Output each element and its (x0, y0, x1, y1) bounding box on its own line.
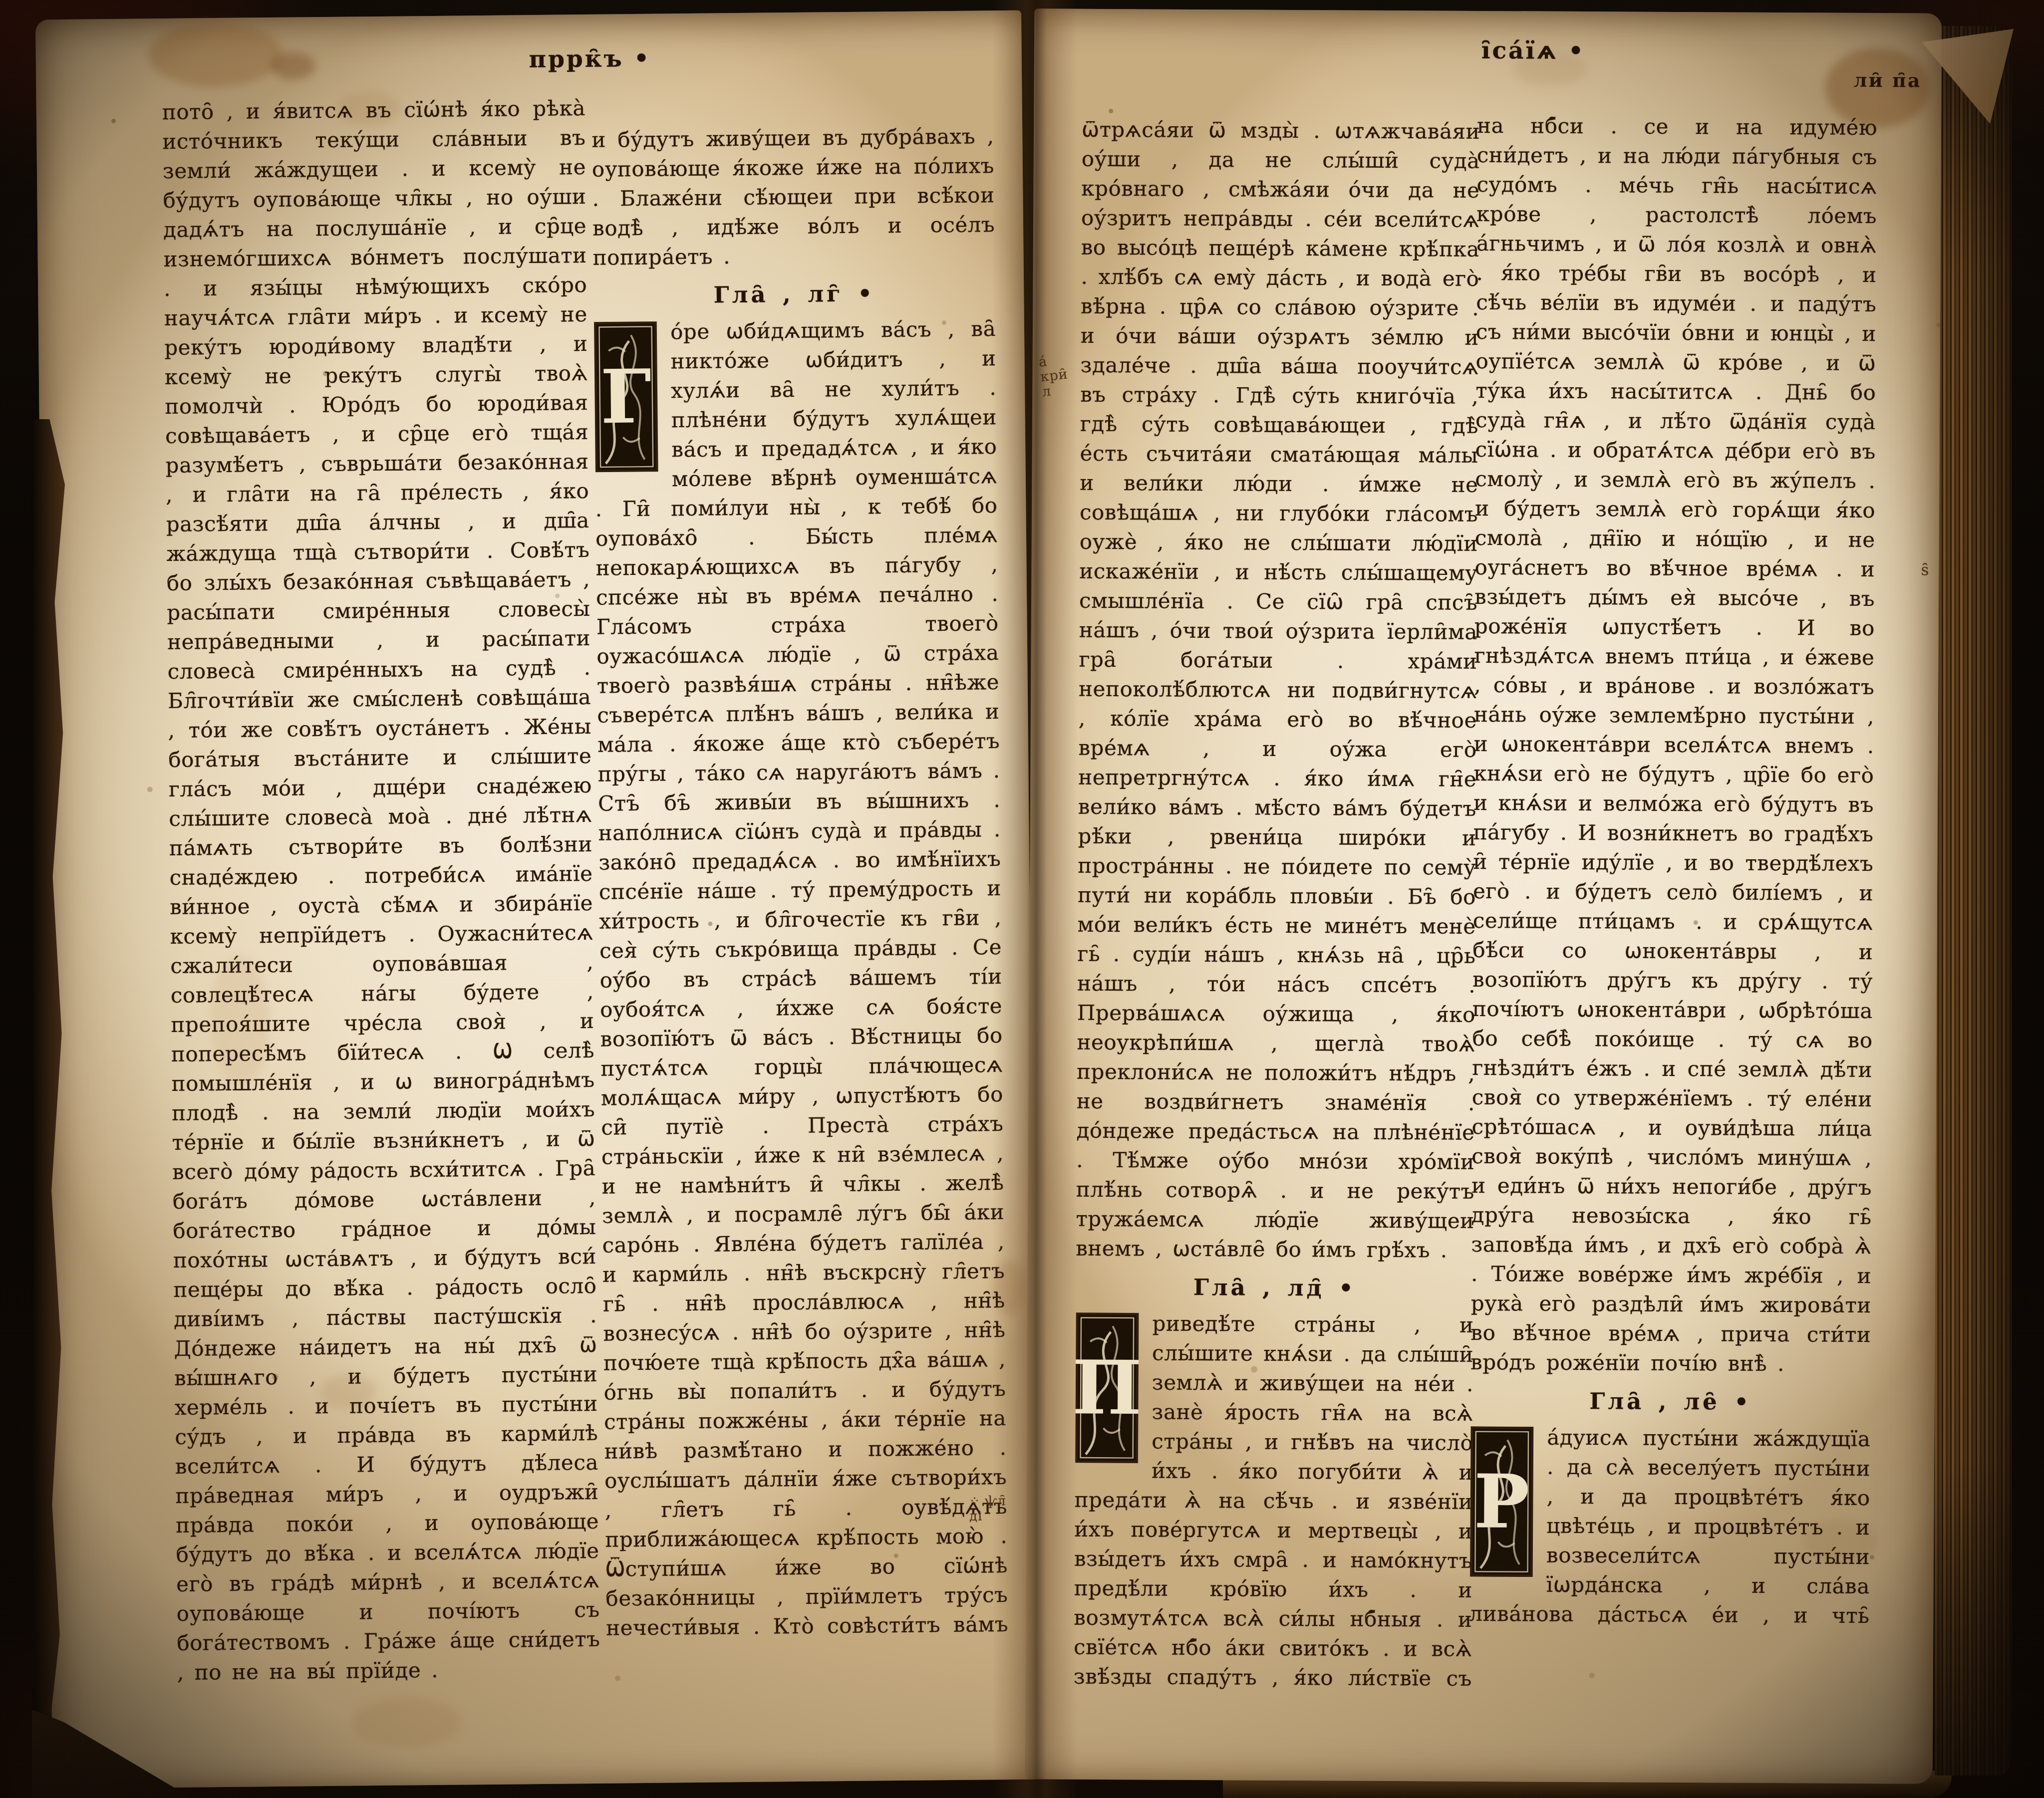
fore-edge-page-stack (1935, 26, 2012, 1776)
foxing-spots (111, 119, 116, 123)
text-column-2: и бу́дутъ живу́щеи въ дубра́вахъ , оупов… (591, 121, 1008, 1642)
running-head-prophet: пррк̑ъ • (475, 44, 705, 74)
body-text: на нб̑си . се и на идуме́ю сни́детъ , и … (1470, 111, 1877, 1379)
body-text: и бу́дутъ живу́щеи въ дубра́вахъ , оупов… (591, 121, 995, 272)
margin-note-gloss: а́ кри̑ л (1038, 351, 1078, 400)
book-photo-scene: пррк̑ъ • пото̑ , и я́витсѧ въ сїѡ́нѣ я́к… (0, 0, 2044, 1798)
body-text: пото̑ , и я́витсѧ въ сїѡ́нѣ я́ко рѣка̀ и… (162, 93, 601, 1687)
chapter-body-text: о́ре ѡби́дѧщимъ ва́съ , ва̑ никто́же ѡби… (595, 316, 1008, 1642)
chapter-text: Ра́дуисѧ пусты́ни жа́ждущїа . да сѧ̀ вес… (1469, 1422, 1870, 1630)
right-page: і̑са́їѧ • ли̑ п̑а ѿтрѧса́яи ѿ мзды̀ . ѡт… (1025, 8, 1942, 1784)
running-head-isaiah: і̑са́їѧ • (1419, 36, 1648, 65)
chapter-text: Приведѣ́те стра́ны , и слы́шите кнѧ́ѕи .… (1074, 1308, 1474, 1694)
folio-label: ли̑ п̑а (1827, 69, 1947, 92)
chapter-heading: Гла̑ , лг̑ • (593, 277, 996, 311)
ornate-initial-п-icon: П (1075, 1312, 1140, 1464)
chapter-heading: Гла̑ , лд̑ • (1076, 1272, 1474, 1303)
margin-note-zelo: ѕ̑ (1921, 561, 1929, 579)
svg-text:П: П (1075, 1344, 1140, 1431)
margin-note-psalm-ref: ⁘ ѱл̑ ді (969, 1494, 1012, 1524)
chapter-heading: Гла̑ , ле̑ • (1470, 1386, 1871, 1417)
left-page: пррк̑ъ • пото̑ , и я́витсѧ въ сїѡ́нѣ я́к… (35, 10, 1038, 1789)
ornate-initial-г-icon: Г (593, 321, 659, 473)
foxing-spots (1109, 109, 1113, 113)
stain (271, 52, 316, 80)
chapter-text: Го́ре ѡби́дѧщимъ ва́съ , ва̑ никто́же ѡб… (593, 314, 1008, 1642)
text-column-3: ѿтрѧса́яи ѿ мзды̀ . ѡтѧжчава́яи оу́ши , … (1074, 115, 1480, 1694)
stain (148, 21, 283, 88)
svg-text:Г: Г (600, 353, 652, 440)
body-text: ѿтрѧса́яи ѿ мзды̀ . ѡтѧжчава́яи оу́ши , … (1076, 115, 1480, 1265)
text-column-4: на нб̑си . се и на идуме́ю сни́детъ , и … (1469, 111, 1877, 1630)
stain (351, 1698, 461, 1749)
ornate-initial-р-icon: Р (1469, 1426, 1534, 1577)
svg-text:Р: Р (1473, 1458, 1530, 1545)
text-column-1: пото̑ , и я́витсѧ въ сїѡ́нѣ я́ко рѣка̀ и… (162, 93, 601, 1699)
